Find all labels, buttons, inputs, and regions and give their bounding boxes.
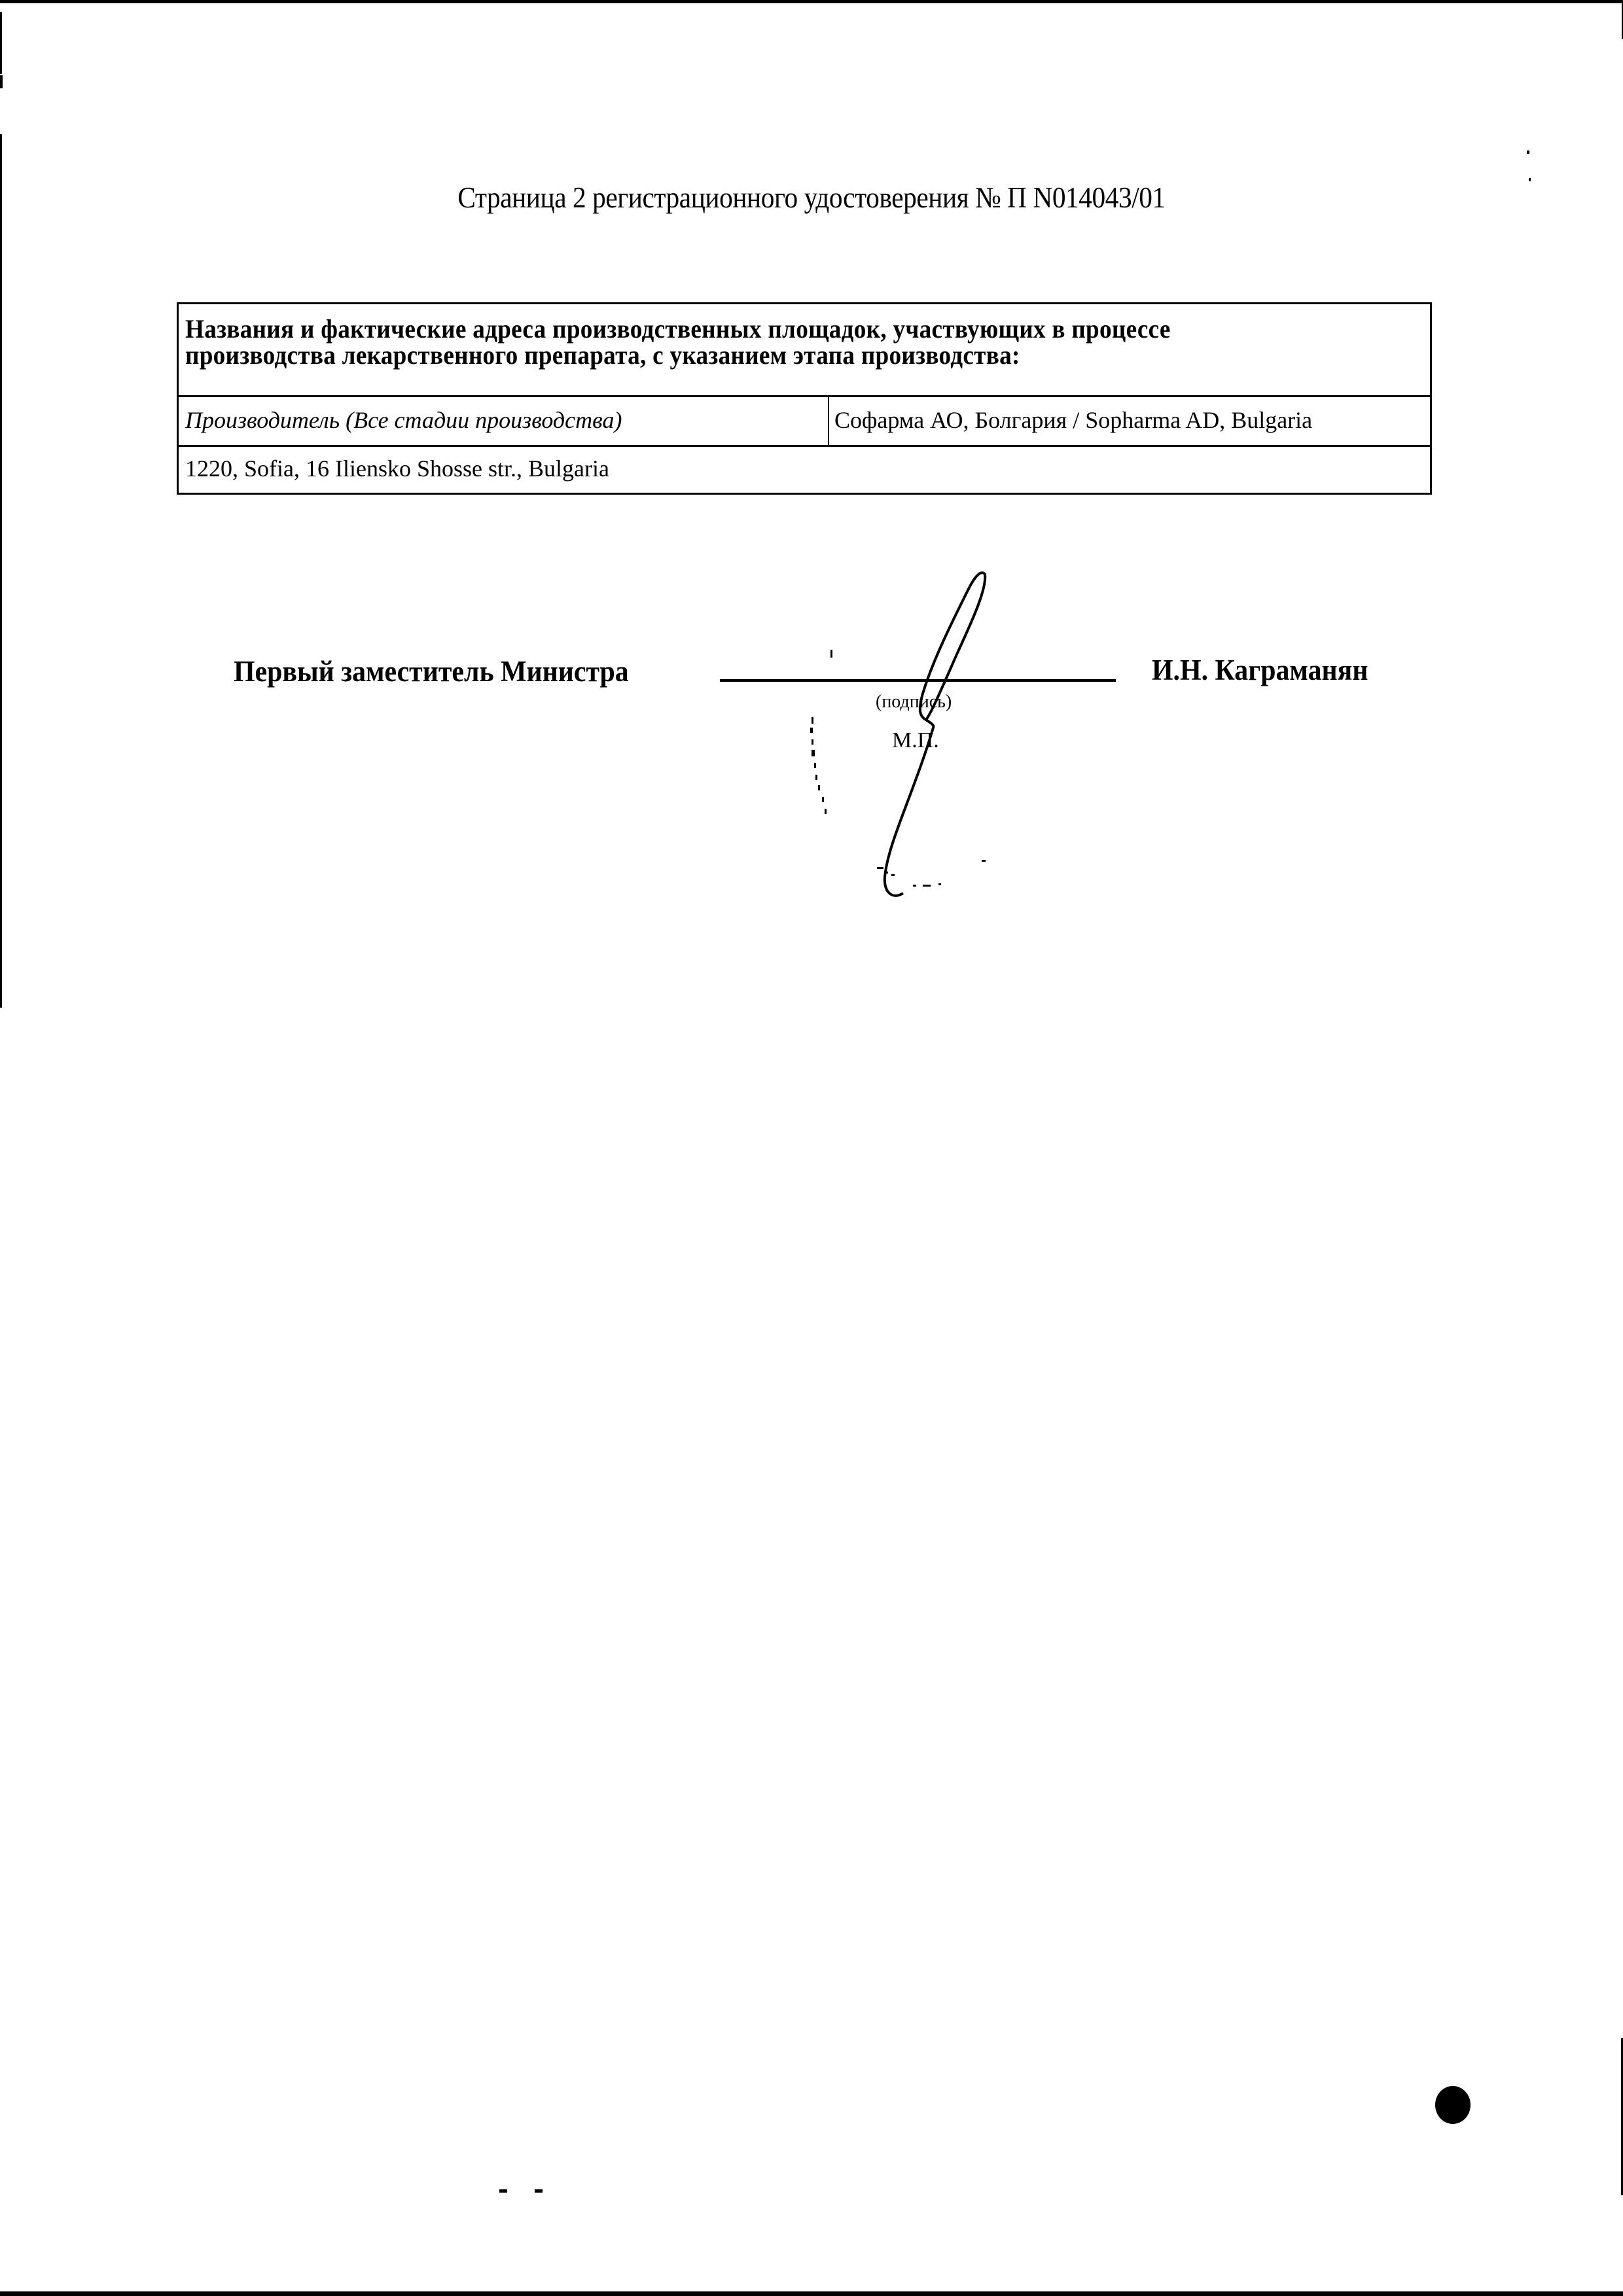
scan-speck: [1527, 150, 1529, 154]
scan-speck: [535, 2189, 543, 2193]
stamp-trace-icon: [785, 707, 1060, 903]
table-header-line-1: Названия и фактические адреса производст…: [185, 316, 1338, 342]
page-title: Страница 2 регистрационного удостоверени…: [65, 181, 1558, 215]
scan-speck: [499, 2189, 507, 2193]
table-row: Производитель (Все стадии производства) …: [179, 397, 1430, 447]
table-header-row: Названия и фактические адреса производст…: [179, 304, 1430, 397]
ink-blot: [1435, 2086, 1471, 2124]
producer-value: Софарма АО, Болгария / Sopharma AD, Bulg…: [829, 397, 1430, 445]
signatory-position: Первый заместитель Министра: [234, 654, 629, 688]
stamp-speck: [830, 650, 832, 658]
scan-edge-left: [0, 12, 2, 74]
producer-address: 1220, Sofia, 16 Iliensko Shosse str., Bu…: [179, 447, 1430, 482]
scan-edge-left: [0, 134, 2, 1004]
scan-edge-left: [0, 985, 2, 1008]
table-header-line-2: производства лекарственного препарата, с…: [185, 342, 1338, 368]
signatory-name: И.Н. Каграманян: [1152, 653, 1368, 687]
scan-edge-bottom: [0, 2291, 1623, 2296]
table-row: 1220, Sofia, 16 Iliensko Shosse str., Bu…: [179, 447, 1430, 495]
scan-edge-left: [0, 75, 3, 88]
scan-edge-top: [0, 0, 1623, 3]
producer-label: Производитель (Все стадии производства): [179, 397, 829, 445]
production-sites-table: Названия и фактические адреса производст…: [177, 302, 1432, 495]
